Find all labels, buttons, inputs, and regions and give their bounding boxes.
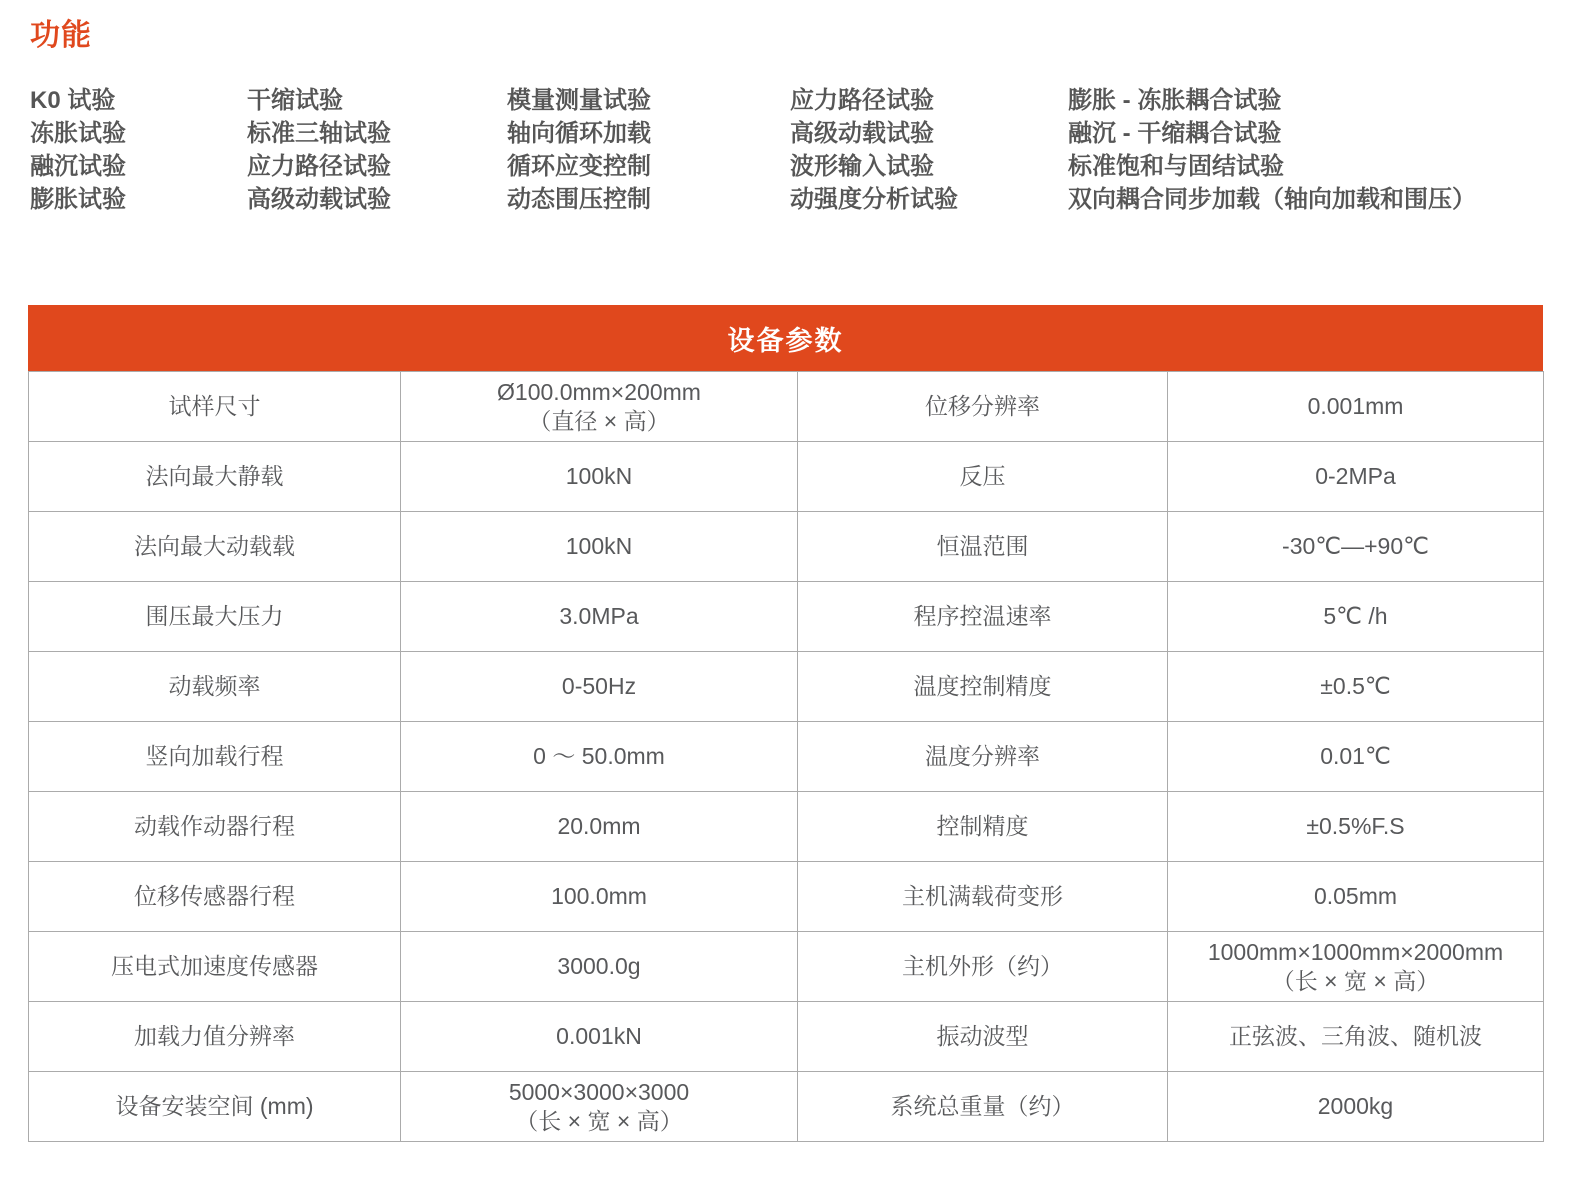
param-name-cell: 温度控制精度 [798, 652, 1168, 722]
function-item: 应力路径试验 [790, 84, 1068, 117]
function-item: 动态围压控制 [507, 183, 790, 216]
param-name-cell: 恒温范围 [798, 512, 1168, 582]
table-row: 压电式加速度传感器 3000.0g 主机外形（约） 1000mm×1000mm×… [29, 932, 1544, 1002]
function-item: 融沉试验 [30, 150, 247, 183]
param-value-cell: 0 ～ 50.0mm [401, 722, 798, 792]
param-name-cell: 程序控温速率 [798, 582, 1168, 652]
function-item: 标准饱和与固结试验 [1068, 150, 1550, 183]
function-item: 标准三轴试验 [247, 117, 507, 150]
param-name-cell: 法向最大动载载 [29, 512, 401, 582]
functions-column-2: 干缩试验 标准三轴试验 应力路径试验 高级动载试验 [247, 84, 507, 216]
param-value-cell: 0.05mm [1168, 862, 1544, 932]
function-item: 融沉 - 干缩耦合试验 [1068, 117, 1550, 150]
function-item: 波形输入试验 [790, 150, 1068, 183]
param-value-cell: 20.0mm [401, 792, 798, 862]
param-value-cell: 0.01℃ [1168, 722, 1544, 792]
table-title: 设备参数 [728, 319, 844, 358]
param-value-cell: 2000kg [1168, 1072, 1544, 1142]
param-value-cell: 100kN [401, 442, 798, 512]
table-title-bar: 设备参数 [28, 305, 1543, 371]
param-name-cell: 试样尺寸 [29, 372, 401, 442]
param-value-cell: 0.001mm [1168, 372, 1544, 442]
param-name-cell: 竖向加载行程 [29, 722, 401, 792]
equipment-parameters-section: 设备参数 试样尺寸 Ø100.0mm×200mm （直径 × 高） 位移分辨率 … [28, 305, 1543, 1142]
functions-column-4: 应力路径试验 高级动载试验 波形输入试验 动强度分析试验 [790, 84, 1068, 216]
param-value-cell: 正弦波、三角波、随机波 [1168, 1002, 1544, 1072]
param-value-cell: 0-2MPa [1168, 442, 1544, 512]
param-value-cell: 0-50Hz [401, 652, 798, 722]
param-value-cell: 3.0MPa [401, 582, 798, 652]
param-value-cell: 1000mm×1000mm×2000mm （长 × 宽 × 高） [1168, 932, 1544, 1002]
param-name-cell: 加载力值分辨率 [29, 1002, 401, 1072]
function-item: 膨胀 - 冻胀耦合试验 [1068, 84, 1550, 117]
function-item: 高级动载试验 [790, 117, 1068, 150]
functions-column-5: 膨胀 - 冻胀耦合试验 融沉 - 干缩耦合试验 标准饱和与固结试验 双向耦合同步… [1068, 84, 1550, 216]
function-item: 应力路径试验 [247, 150, 507, 183]
function-item: 高级动载试验 [247, 183, 507, 216]
function-item: 冻胀试验 [30, 117, 247, 150]
param-name-cell: 设备安装空间 (mm) [29, 1072, 401, 1142]
param-name-cell: 控制精度 [798, 792, 1168, 862]
function-item: 轴向循环加载 [507, 117, 790, 150]
param-name-cell: 围压最大压力 [29, 582, 401, 652]
table-row: 动载频率 0-50Hz 温度控制精度 ±0.5℃ [29, 652, 1544, 722]
table-row: 设备安装空间 (mm) 5000×3000×3000 （长 × 宽 × 高） 系… [29, 1072, 1544, 1142]
param-value-cell: ±0.5℃ [1168, 652, 1544, 722]
function-item: 干缩试验 [247, 84, 507, 117]
param-value-cell: 100.0mm [401, 862, 798, 932]
param-name-cell: 温度分辨率 [798, 722, 1168, 792]
table-row: 位移传感器行程 100.0mm 主机满载荷变形 0.05mm [29, 862, 1544, 932]
param-value-cell: 5℃ /h [1168, 582, 1544, 652]
param-name-cell: 动载作动器行程 [29, 792, 401, 862]
table-row: 动载作动器行程 20.0mm 控制精度 ±0.5%F.S [29, 792, 1544, 862]
param-name-cell: 位移传感器行程 [29, 862, 401, 932]
functions-column-1: K0 试验 冻胀试验 融沉试验 膨胀试验 [30, 84, 247, 216]
param-name-cell: 振动波型 [798, 1002, 1168, 1072]
function-item: 双向耦合同步加载（轴向加载和围压） [1068, 183, 1550, 216]
table-row: 法向最大静载 100kN 反压 0-2MPa [29, 442, 1544, 512]
param-value-cell: 0.001kN [401, 1002, 798, 1072]
functions-list: K0 试验 冻胀试验 融沉试验 膨胀试验 干缩试验 标准三轴试验 应力路径试验 … [30, 84, 1550, 216]
function-item: K0 试验 [30, 84, 247, 117]
function-item: 循环应变控制 [507, 150, 790, 183]
parameters-table: 试样尺寸 Ø100.0mm×200mm （直径 × 高） 位移分辨率 0.001… [28, 371, 1544, 1142]
table-row: 法向最大动载载 100kN 恒温范围 -30℃—+90℃ [29, 512, 1544, 582]
table-row: 竖向加载行程 0 ～ 50.0mm 温度分辨率 0.01℃ [29, 722, 1544, 792]
param-value-cell: -30℃—+90℃ [1168, 512, 1544, 582]
param-name-cell: 主机满载荷变形 [798, 862, 1168, 932]
param-name-cell: 系统总重量（约） [798, 1072, 1168, 1142]
param-value-cell: 3000.0g [401, 932, 798, 1002]
param-name-cell: 反压 [798, 442, 1168, 512]
param-name-cell: 压电式加速度传感器 [29, 932, 401, 1002]
param-value-cell: Ø100.0mm×200mm （直径 × 高） [401, 372, 798, 442]
table-row: 围压最大压力 3.0MPa 程序控温速率 5℃ /h [29, 582, 1544, 652]
table-row: 试样尺寸 Ø100.0mm×200mm （直径 × 高） 位移分辨率 0.001… [29, 372, 1544, 442]
function-item: 动强度分析试验 [790, 183, 1068, 216]
param-value-cell: ±0.5%F.S [1168, 792, 1544, 862]
param-name-cell: 位移分辨率 [798, 372, 1168, 442]
function-item: 膨胀试验 [30, 183, 247, 216]
functions-heading: 功能 [30, 10, 92, 54]
param-name-cell: 主机外形（约） [798, 932, 1168, 1002]
param-value-cell: 100kN [401, 512, 798, 582]
param-name-cell: 动载频率 [29, 652, 401, 722]
table-row: 加载力值分辨率 0.001kN 振动波型 正弦波、三角波、随机波 [29, 1002, 1544, 1072]
spec-sheet-page: 功能 K0 试验 冻胀试验 融沉试验 膨胀试验 干缩试验 标准三轴试验 应力路径… [0, 0, 1572, 1180]
functions-column-3: 模量测量试验 轴向循环加载 循环应变控制 动态围压控制 [507, 84, 790, 216]
function-item: 模量测量试验 [507, 84, 790, 117]
param-value-cell: 5000×3000×3000 （长 × 宽 × 高） [401, 1072, 798, 1142]
param-name-cell: 法向最大静载 [29, 442, 401, 512]
